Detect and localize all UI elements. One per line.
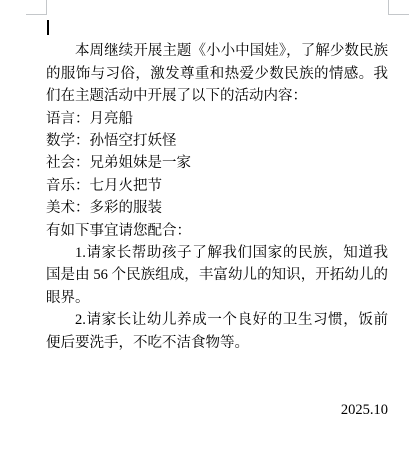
date-text[interactable]: 2025.10 — [46, 399, 388, 421]
empty-paragraph[interactable] — [46, 18, 388, 40]
document-page[interactable]: 本周继续开展主题《小小中国娃》，了解少数民族的服饰与习俗，激发尊重和热爱少数民族… — [0, 0, 416, 450]
activity-line-math[interactable]: 数学：孙悟空打妖怪 — [46, 130, 388, 152]
paragraph-intro[interactable]: 本周继续开展主题《小小中国娃》，了解少数民族的服饰与习俗，激发尊重和热爱少数民族… — [46, 40, 388, 107]
activity-line-social[interactable]: 社会：兄弟姐妹是一家 — [46, 152, 388, 174]
text-boundary-mark-top-left-vertical — [46, 0, 47, 14]
text-boundary-mark-top-right-horizontal — [388, 14, 409, 15]
activity-line-music[interactable]: 音乐：七月火把节 — [46, 175, 388, 197]
notice-item-2[interactable]: 2.请家长让幼儿养成一个良好的卫生习惯，饭前便后要洗手，不吃不洁食物等。 — [46, 309, 388, 354]
activity-line-language[interactable]: 语言：月亮船 — [46, 108, 388, 130]
text-boundary-mark-top-left-horizontal — [26, 14, 47, 15]
text-boundary-mark-top-right-vertical — [388, 0, 389, 14]
activity-line-art[interactable]: 美术：多彩的服装 — [46, 197, 388, 219]
document-body[interactable]: 本周继续开展主题《小小中国娃》，了解少数民族的服饰与习俗，激发尊重和热爱少数民族… — [46, 18, 388, 421]
cooperation-heading[interactable]: 有如下事宜请您配合： — [46, 220, 388, 242]
notice-item-1[interactable]: 1.请家长帮助孩子了解我们国家的民族，知道我国是由 56 个民族组成，丰富幼儿的… — [46, 242, 388, 309]
